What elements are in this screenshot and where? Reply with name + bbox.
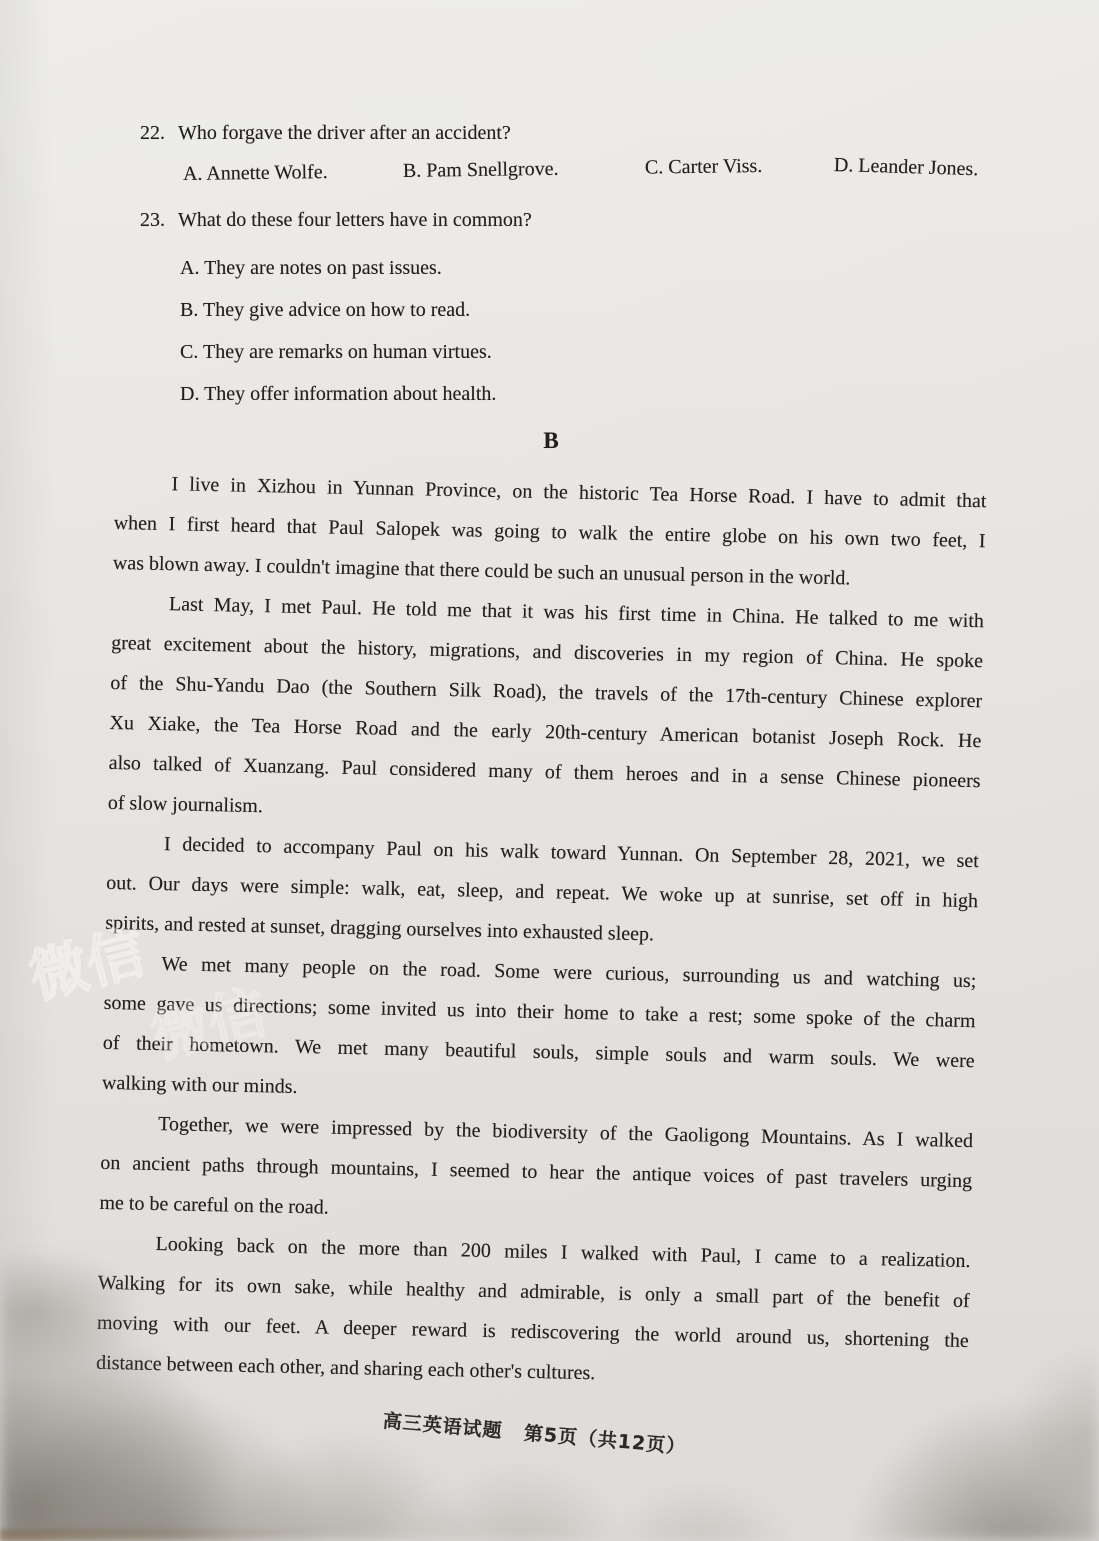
question-22-option-a: A. Annette Wolfe. (183, 156, 398, 189)
question-22-options-row: A. Annette Wolfe. B. Pam Snellgrove. C. … (115, 148, 987, 190)
question-22-text: Who forgave the driver after an accident… (178, 118, 511, 148)
exam-page: 22. Who forgave the driver after an acci… (0, 0, 1099, 1541)
question-22-header: 22. Who forgave the driver after an acci… (115, 118, 987, 148)
page-content: 22. Who forgave the driver after an acci… (115, 0, 987, 1383)
section-b-label: B (115, 425, 987, 457)
question-23-number: 23. (140, 205, 165, 235)
question-22: 22. Who forgave the driver after an acci… (115, 118, 987, 190)
passage-paragraph-4: We met many people on the road. Some wer… (102, 943, 977, 1121)
footer-page-info: 第5页（共12页） (523, 1422, 687, 1458)
question-23-option-b: B. They give advice on how to read. (180, 289, 987, 331)
question-23-option-a: A. They are notes on past issues. (180, 247, 987, 289)
passage-paragraph-6: Looking back on the more than 200 miles … (96, 1223, 971, 1401)
question-22-number: 22. (140, 118, 165, 148)
page-footer: 高三英语试题 第5页（共12页） (382, 1406, 688, 1459)
question-23-option-d: D. They offer information about health. (180, 373, 987, 415)
passage-paragraph-1: I live in Xizhou in Yunnan Province, on … (112, 463, 986, 601)
question-23-options: A. They are notes on past issues. B. The… (115, 247, 987, 415)
passage-paragraph-3: I decided to accompany Paul on his walk … (105, 823, 979, 961)
question-23: 23. What do these four letters have in c… (115, 205, 987, 415)
question-22-option-d: D. Leander Jones. (833, 150, 978, 184)
question-23-header: 23. What do these four letters have in c… (115, 205, 987, 235)
passage-paragraph-2: Last May, I met Paul. He told me that it… (107, 583, 984, 841)
passage-paragraph-5: Together, we were impressed by the biodi… (99, 1103, 973, 1241)
question-22-option-c: C. Carter Viss. (645, 150, 829, 183)
question-23-text: What do these four letters have in commo… (178, 205, 532, 235)
scan-bottom-edge-strip (0, 1529, 330, 1541)
footer-doc-title: 高三英语试题 (382, 1410, 503, 1442)
reading-passage: I live in Xizhou in Yunnan Province, on … (96, 463, 987, 1401)
question-23-option-c: C. They are remarks on human virtues. (180, 331, 987, 373)
question-22-option-b: B. Pam Snellgrove. (403, 153, 640, 186)
